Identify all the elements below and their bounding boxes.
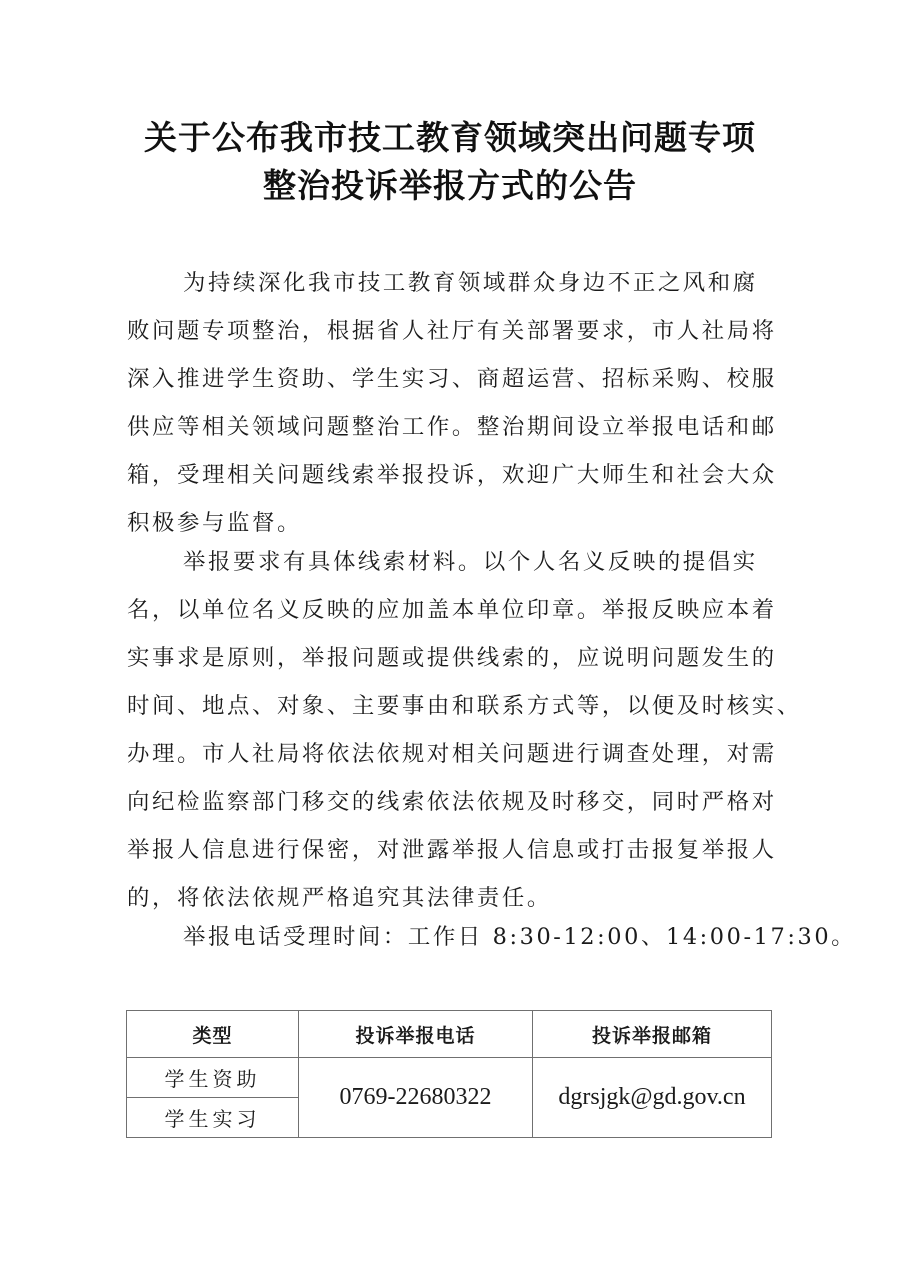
paragraph-line: 办理。市人社局将依法依规对相关问题进行调查处理，对需	[127, 730, 772, 778]
paragraph-line: 向纪检监察部门移交的线索依法依规及时移交，同时严格对	[127, 778, 772, 826]
title-line-2: 整治投诉举报方式的公告	[0, 160, 900, 207]
table-row: 学生资助 0769-22680322 dgrsjgk@gd.gov.cn	[127, 1058, 772, 1098]
paragraph-line: 举报要求有具体线索材料。以个人名义反映的提倡实	[127, 538, 772, 586]
paragraph-line: 名，以单位名义反映的应加盖本单位印章。举报反映应本着	[127, 586, 772, 634]
paragraph-line: 实事求是原则，举报问题或提供线索的，应说明问题发生的	[127, 634, 772, 682]
type-cell: 学生实习	[127, 1098, 299, 1138]
paragraph-line: 举报电话受理时间：工作日 8:30-12:00、14:00-17:30。	[127, 913, 772, 961]
paragraph-requirements: 举报要求有具体线索材料。以个人名义反映的提倡实 名，以单位名义反映的应加盖本单位…	[127, 538, 772, 922]
title-line-1: 关于公布我市技工教育领域突出问题专项	[0, 112, 900, 159]
header-email: 投诉举报邮箱	[533, 1011, 772, 1058]
paragraph-line: 举报人信息进行保密，对泄露举报人信息或打击报复举报人	[127, 826, 772, 874]
paragraph-line: 箱，受理相关问题线索举报投诉，欢迎广大师生和社会大众	[127, 451, 772, 499]
paragraph-line: 供应等相关领域问题整治工作。整治期间设立举报电话和邮	[127, 403, 772, 451]
document-page: 关于公布我市技工教育领域突出问题专项 整治投诉举报方式的公告 为持续深化我市技工…	[0, 0, 900, 1273]
paragraph-line: 深入推进学生资助、学生实习、商超运营、招标采购、校服	[127, 355, 772, 403]
type-cell: 学生资助	[127, 1058, 299, 1098]
contact-table: 类型 投诉举报电话 投诉举报邮箱 学生资助 0769-22680322 dgrs…	[126, 1010, 772, 1138]
table-header-row: 类型 投诉举报电话 投诉举报邮箱	[127, 1011, 772, 1058]
header-phone: 投诉举报电话	[299, 1011, 533, 1058]
phone-cell: 0769-22680322	[299, 1058, 533, 1138]
paragraph-intro: 为持续深化我市技工教育领域群众身边不正之风和腐 败问题专项整治，根据省人社厅有关…	[127, 259, 772, 547]
paragraph-line: 为持续深化我市技工教育领域群众身边不正之风和腐	[127, 259, 772, 307]
paragraph-line: 时间、地点、对象、主要事由和联系方式等，以便及时核实、	[127, 682, 772, 730]
paragraph-hours: 举报电话受理时间：工作日 8:30-12:00、14:00-17:30。	[127, 913, 772, 961]
email-cell: dgrsjgk@gd.gov.cn	[533, 1058, 772, 1138]
header-type: 类型	[127, 1011, 299, 1058]
paragraph-line: 败问题专项整治，根据省人社厅有关部署要求，市人社局将	[127, 307, 772, 355]
